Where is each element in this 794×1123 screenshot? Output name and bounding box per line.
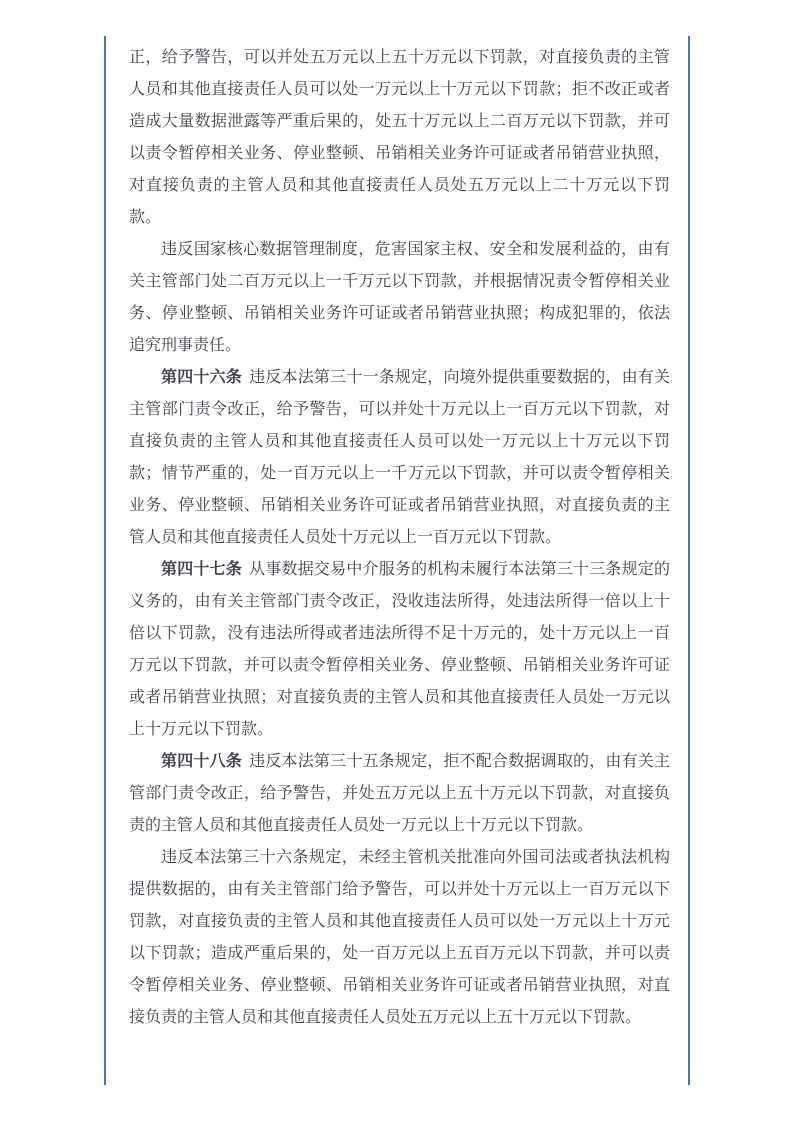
paragraph-text: 违反本法第三十六条规定，未经主管机关批准向外国司法或者执法机构提供数据的，由有关… bbox=[129, 849, 670, 1026]
paragraph-article-46: 第四十六条违反本法第三十一条规定，向境外提供重要数据的，由有关主管部门责令改正，… bbox=[129, 362, 670, 554]
page-border-left bbox=[104, 36, 106, 1085]
article-47-number: 第四十七条 bbox=[161, 561, 242, 578]
paragraph-text: 违反本法第三十一条规定，向境外提供重要数据的，由有关主管部门责令改正，给予警告，… bbox=[129, 369, 670, 546]
document-body: 正，给予警告，可以并处五万元以上五十万元以下罚款，对直接负责的主管人员和其他直接… bbox=[129, 42, 670, 1034]
paragraph-article-36-violation: 违反本法第三十六条规定，未经主管机关批准向外国司法或者执法机构提供数据的，由有关… bbox=[129, 842, 670, 1034]
paragraph-continuation: 正，给予警告，可以并处五万元以上五十万元以下罚款，对直接负责的主管人员和其他直接… bbox=[129, 42, 670, 234]
page-border-right bbox=[688, 36, 690, 1085]
document-page: 正，给予警告，可以并处五万元以上五十万元以下罚款，对直接负责的主管人员和其他直接… bbox=[0, 0, 794, 1123]
paragraph-article-47: 第四十七条从事数据交易中介服务的机构未履行本法第三十三条规定的义务的，由有关主管… bbox=[129, 554, 670, 746]
paragraph-article-48: 第四十八条违反本法第三十五条规定，拒不配合数据调取的，由有关主管部门责令改正，给… bbox=[129, 746, 670, 842]
paragraph-core-data: 违反国家核心数据管理制度，危害国家主权、安全和发展利益的，由有关主管部门处二百万… bbox=[129, 234, 670, 362]
paragraph-text: 违反国家核心数据管理制度，危害国家主权、安全和发展利益的，由有关主管部门处二百万… bbox=[129, 241, 670, 354]
paragraph-text: 正，给予警告，可以并处五万元以上五十万元以下罚款，对直接负责的主管人员和其他直接… bbox=[129, 49, 670, 226]
article-48-number: 第四十八条 bbox=[161, 753, 242, 770]
article-46-number: 第四十六条 bbox=[161, 369, 242, 386]
paragraph-text: 从事数据交易中介服务的机构未履行本法第三十三条规定的义务的，由有关主管部门责令改… bbox=[129, 561, 670, 738]
